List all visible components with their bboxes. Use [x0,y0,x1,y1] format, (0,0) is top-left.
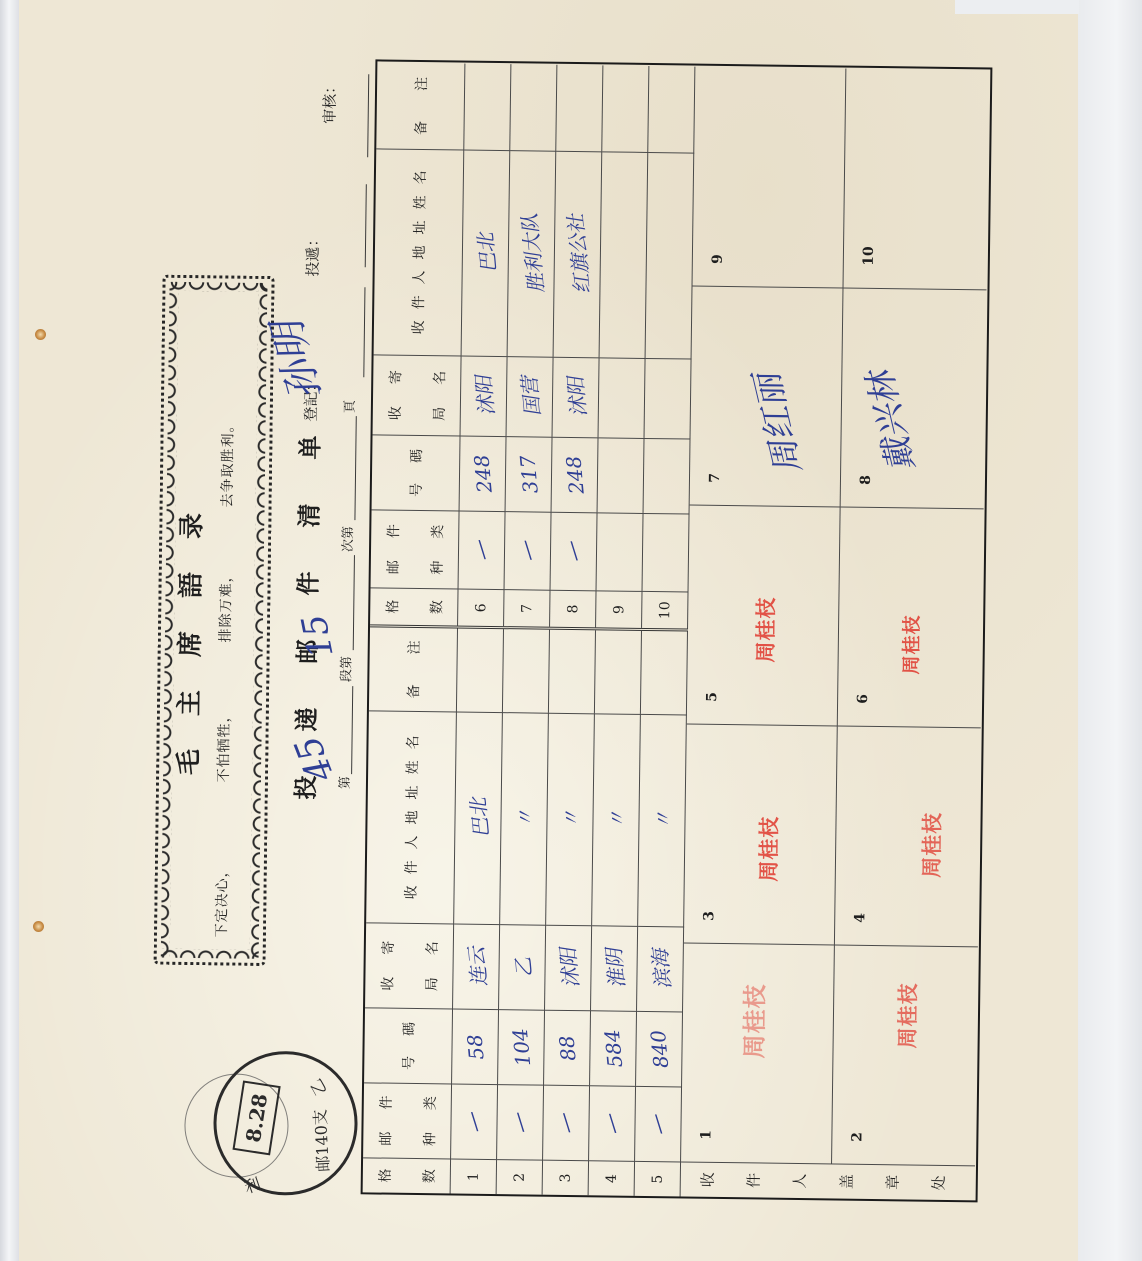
row-office: 沭阳 [553,357,600,438]
postmark-ring [213,1050,359,1196]
row-slot: 8 [550,590,596,628]
subline-page: 頁 [339,400,358,413]
handwritten-office: 乙 [507,956,538,979]
row-remarks [641,631,688,715]
seal-box-3: 3 周桂枝 [684,724,838,945]
box-number: 5 [704,692,720,702]
header-remarks: 备注 [369,627,458,711]
box-number: 10 [861,246,877,266]
row-recipient: 〃 [592,713,641,926]
handwritten-office: 沭阳 [559,376,592,418]
header-number: 号碼 [372,434,461,510]
deliver-signature-line [365,184,367,267]
row-recipient [600,151,649,358]
handwritten-type: — [558,537,588,565]
row-remarks [602,65,649,152]
row-remarks [464,64,511,151]
row-remarks [549,630,596,714]
recipient-seal-label: 收 件 人 盖 章 处 [681,1161,975,1200]
audit-signature-line [367,74,369,157]
handwritten-office: 淮阴 [598,947,631,989]
seal-box-1: 1 周桂枝 [681,943,835,1164]
scanned-document: 毛主席語录 下定决心， 不怕牺牲， 排除万难， 去争取胜利。 投递邮件清单 登記… [0,0,1142,1261]
handwritten-recipient: 〃 [555,808,586,831]
seal-box-6: 6 周桂枝 [838,507,984,728]
handwritten-office: 沭阳 [467,375,500,417]
table-right-half: 格数 邮件种类 号碼 收寄局名 收件人地址姓名 备注 6 — 248 沭阳 巴北… [370,62,695,628]
quotation-box: 毛主席語录 下定决心， 不怕牺牲， 排除万难， 去争取胜利。 [154,275,275,966]
row-remarks [457,629,504,713]
row-slot: 10 [642,591,688,629]
seal-box-5: 5 周桂枝 [687,505,841,726]
row-remarks [556,65,603,152]
row-office: 滨海 [637,926,684,1012]
row-office: 连云 [453,923,500,1009]
row-slot: 5 [635,1161,681,1197]
segment-blank [351,686,353,774]
row-number: 88 [544,1010,591,1086]
handwritten-office: 沭阳 [552,947,585,989]
seal-box-2: 2 周桂枝 [832,944,978,1165]
handwritten-number: 104 [507,1027,534,1067]
header-recipient: 收件人地址姓名 [374,148,465,355]
subline-no: 第 [334,776,353,789]
handwritten-number: 88 [554,1034,580,1062]
row-office: 乙 [499,924,546,1010]
header-slot: 格数 [370,587,458,625]
header-text: 号碼 [398,1002,419,1070]
row-type: — [551,512,598,591]
row-number: 248 [552,437,599,513]
handwritten-number: 584 [599,1028,626,1068]
handwritten-type: — [505,1108,535,1136]
seal-box-7: 7 周红丽 [690,286,844,507]
register-signature-line [363,287,365,377]
quotation-title: 毛主席語录 [168,480,209,775]
header-text: 收件人地址姓名 [400,724,422,899]
deliver-label: 投遞： [302,231,324,276]
header-mail-type: 邮件种类 [371,509,460,588]
header-text: 邮件 [375,1073,396,1145]
row-office: 沭阳 [545,925,592,1011]
box-number: 1 [698,1130,714,1140]
row-office [599,357,646,438]
seal-box-9: 9 [693,67,847,288]
header-remarks: 备注 [376,62,465,149]
row-slot: 6 [458,589,504,627]
handwritten-recipient: 〃 [601,809,632,832]
row-slot: 1 [451,1158,497,1194]
row-recipient [646,152,695,359]
row-recipient: 胜利大队 [508,150,557,357]
box-number: 3 [701,911,717,921]
header-office: 收寄局名 [365,922,454,1008]
box-number: 4 [852,913,868,923]
label-char: 处 [928,1175,949,1190]
header-office: 收寄局名 [373,354,462,435]
seal-box-8: 8 戴兴林 [841,288,987,509]
seal-box-4: 4 周桂枝 [835,726,981,947]
header-text: 收寄 [384,348,405,420]
header-text: 种类 [426,503,447,575]
box-number: 2 [849,1132,865,1142]
handwritten-office: 连云 [460,946,493,988]
header-text: 种类 [419,1074,440,1146]
header-text: 局名 [421,919,442,991]
row-type: — [589,1085,636,1161]
red-seal: 周桂枝 [892,982,923,1048]
red-seal: 周桂枝 [750,596,781,662]
row-slot: 3 [543,1160,589,1196]
handwritten-number: 840 [645,1029,672,1069]
header-mail-type: 邮件种类 [363,1082,452,1158]
row-number: 317 [506,436,553,512]
header-slot: 格数 [363,1157,451,1193]
handwritten-number: 248 [469,454,496,494]
subline-segment: 段第 [335,656,354,682]
handwritten-type: — [466,536,496,564]
row-type [643,513,690,592]
red-seal: 周桂枝 [916,812,947,878]
row-recipient: 〃 [500,712,549,925]
subline-times: 次第 [337,526,356,552]
row-number [644,438,691,514]
handwritten-office: 国营 [513,376,546,418]
handwritten-signature: 戴兴林 [853,367,924,478]
row-type: — [635,1086,682,1162]
box-number: 9 [710,254,726,264]
label-char: 收 [697,1172,718,1187]
header-text: 收件人地址姓名 [407,159,429,334]
header-text: 格 [374,1168,394,1182]
quotation-line: 不怕牺牲， [213,707,234,782]
row-number [598,437,645,513]
header-text: 数 [418,1169,438,1183]
quotation-line: 去争取胜利。 [217,417,238,507]
row-number: 248 [460,436,507,512]
handwritten-recipient: 胜利大队 [513,213,549,295]
handwritten-number: 248 [561,455,588,495]
header-number: 号碼 [364,1007,453,1083]
box-number: 6 [855,694,871,704]
handwritten-recipient: 〃 [647,809,678,832]
row-slot: 4 [589,1160,635,1196]
header-text: 格 [382,600,402,614]
row-office: 淮阴 [591,925,638,1011]
form-content: 毛主席語录 下定决心， 不怕牺牲， 排除万难， 去争取胜利。 投递邮件清单 登記… [0,0,1142,1261]
row-remarks [648,66,695,153]
seal-box-10: 10 [844,69,990,290]
handwritten-number: 58 [462,1033,488,1061]
label-char: 件 [743,1173,764,1188]
row-number: 104 [498,1009,545,1085]
header-text: 号碼 [405,429,426,497]
mail-entries: 格数 邮件种类 号碼 收寄局名 收件人地址姓名 备注 1 — 58 连云 巴北 … [363,62,696,1196]
header-text: 备注 [410,47,431,135]
handwritten-signature: 周红丽 [740,369,811,480]
handwritten-number: 317 [515,454,542,494]
red-seal: 周桂枝 [896,614,924,674]
box-number: 8 [858,475,874,485]
row-recipient: 〃 [638,714,687,927]
row-remarks [503,629,550,713]
times-blank [353,555,355,650]
label-char: 章 [881,1175,902,1190]
handwritten-office: 滨海 [644,948,677,990]
row-number: 584 [590,1010,637,1086]
header-office-text: 收寄局名 [384,370,449,421]
row-type [597,512,644,591]
handwritten-type: — [551,1109,581,1137]
page-blank [354,416,356,520]
handwritten-recipient: 〃 [509,808,540,831]
recipient-seal-section: 收 件 人 盖 章 处 1 周桂枝 2 周桂枝 3 周桂枝 [681,67,990,1201]
row-type: — [505,511,552,590]
header-office-text: 收寄局名 [377,940,442,991]
row-slot: 9 [596,590,642,628]
row-type: — [451,1083,498,1159]
row-type: — [497,1084,544,1160]
header-slot-text: 格数 [382,600,446,615]
header-type-text: 邮件种类 [382,524,447,575]
row-number: 840 [636,1011,683,1087]
table-left-half: 格数 邮件种类 号碼 收寄局名 收件人地址姓名 备注 1 — 58 连云 巴北 … [363,624,688,1196]
label-char: 人 [789,1173,810,1188]
header-recipient: 收件人地址姓名 [366,710,457,923]
handwritten-type: — [512,537,542,565]
row-recipient: 红旗公社 [554,151,603,358]
row-office: 沭阳 [461,356,508,437]
row-type: — [459,511,506,590]
audit-label: 审核： [319,79,341,124]
handwritten-type: — [643,1110,673,1138]
red-seal: 周桂枝 [753,815,784,881]
handwritten-recipient: 红旗公社 [559,213,595,295]
row-recipient: 巴北 [462,150,511,357]
postmark-code: 邮140支 [308,1109,335,1173]
row-number: 58 [452,1008,499,1084]
row-recipient: 巴北 [454,712,503,925]
row-office: 国营 [507,356,554,437]
header-text: 收寄 [377,918,398,990]
label-char: 盖 [835,1174,856,1189]
quotation-line: 排除万难， [215,567,236,642]
header-slot-text: 格数 [374,1168,438,1183]
header-text: 局名 [428,349,449,421]
handwritten-times-number: 15 [294,611,342,661]
handwritten-type: — [597,1109,627,1137]
row-recipient: 〃 [546,713,595,926]
row-remarks [510,64,557,151]
red-seal: 周桂枝 [734,983,770,1058]
row-office [645,358,692,439]
box-number: 7 [707,473,723,483]
delivery-list-table: 格数 邮件种类 号碼 收寄局名 收件人地址姓名 备注 1 — 58 连云 巴北 … [361,59,993,1202]
row-type: — [543,1085,590,1161]
header-text: 数 [426,600,446,614]
header-text: 邮件 [382,502,403,574]
row-slot: 2 [497,1159,543,1195]
handwritten-type: — [459,1108,489,1136]
row-slot: 7 [504,589,550,627]
row-remarks [595,630,642,714]
handwritten-recipient: 巴北 [462,797,495,839]
header-type-text: 邮件种类 [375,1095,440,1146]
quotation-line: 下定决心， [211,862,232,937]
handwritten-recipient: 巴北 [469,232,502,274]
